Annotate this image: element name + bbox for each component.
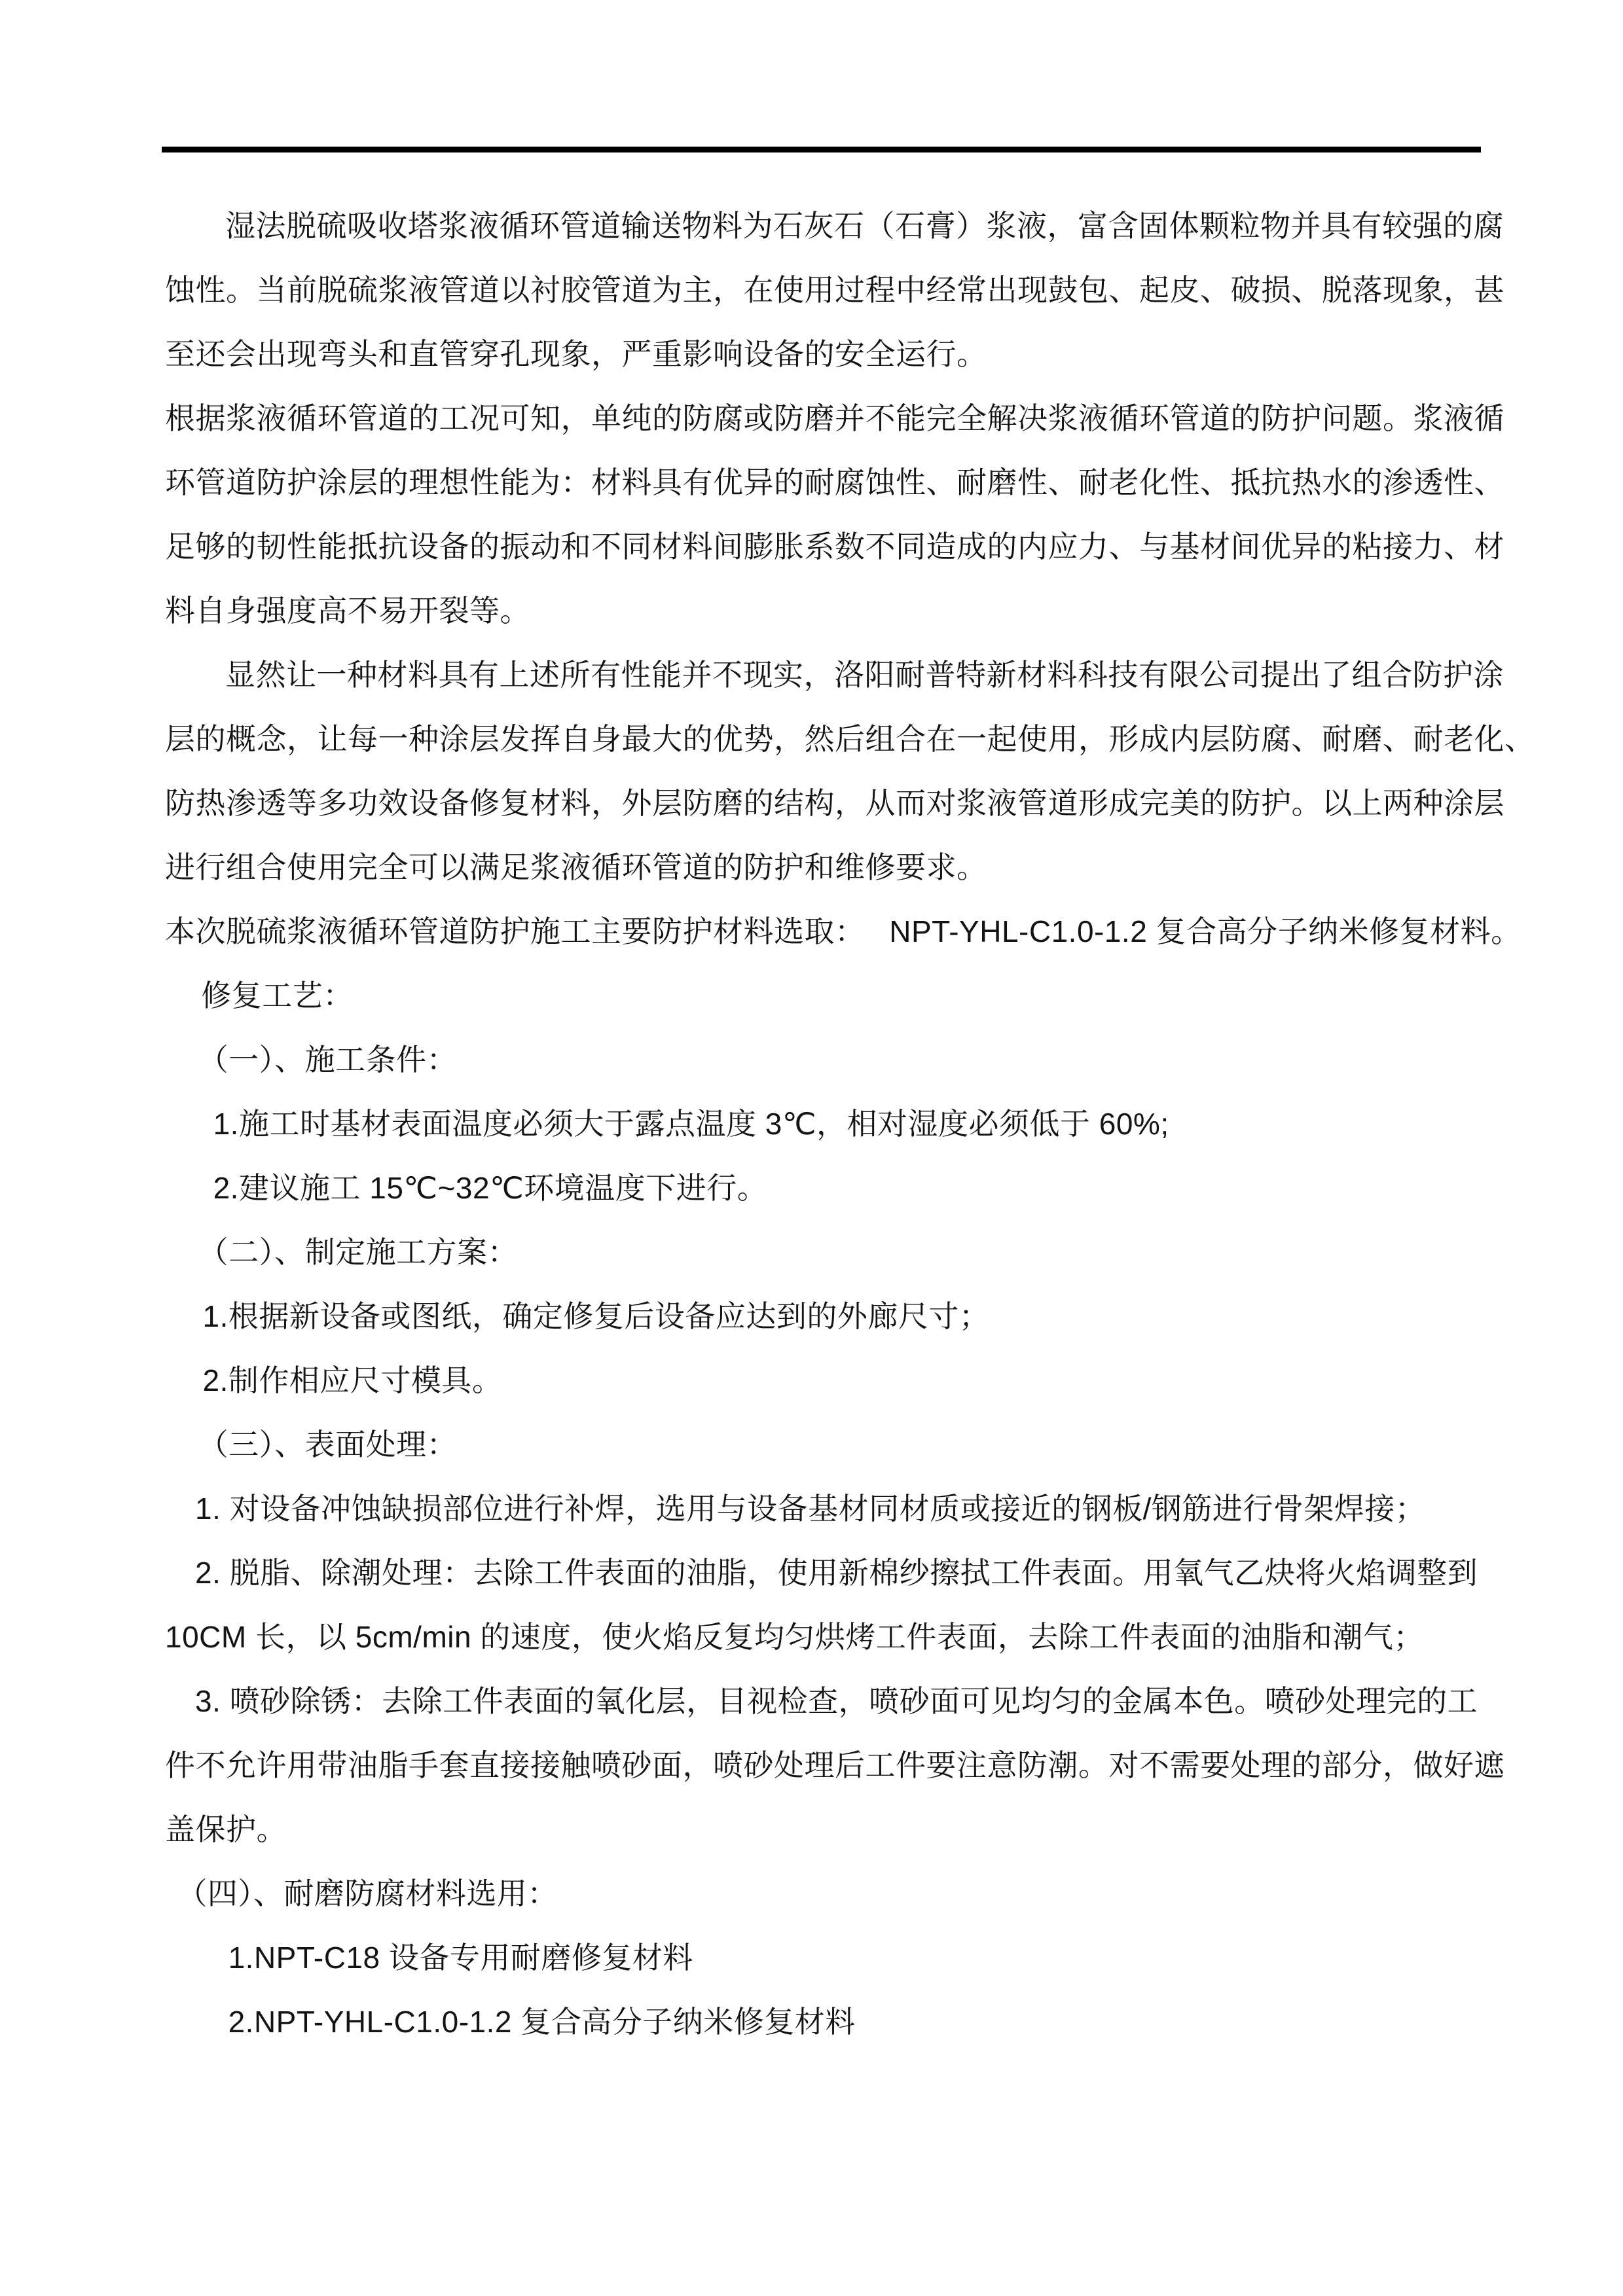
paragraph: 本次脱硫浆液循环管道防护施工主要防护材料选取： NPT-YHL-C1.0-1.2… <box>165 899 1494 963</box>
text-line: 显然让一种材料具有上述所有性能并不现实，洛阳耐普特新材料科技有限公司提出了组合防… <box>165 643 1494 707</box>
text-line: （三）、表面处理： <box>165 1412 1494 1477</box>
text-line: （四）、耐磨防腐材料选用： <box>165 1861 1494 1926</box>
text-line: 根据浆液循环管道的工况可知，单纯的防腐或防磨并不能完全解决浆液循环管道的防护问题… <box>165 386 1494 450</box>
paragraph: 显然让一种材料具有上述所有性能并不现实，洛阳耐普特新材料科技有限公司提出了组合防… <box>165 643 1494 899</box>
text-line: 1.施工时基材表面温度必须大于露点温度 3℃，相对湿度必须低于 60%; <box>165 1092 1494 1156</box>
text-line: 盖保护。 <box>165 1797 1494 1861</box>
header-rule <box>162 147 1481 152</box>
text-line: 1.根据新设备或图纸，确定修复后设备应达到的外廊尺寸； <box>165 1284 1494 1348</box>
text-line: 环管道防护涂层的理想性能为：材料具有优异的耐腐蚀性、耐磨性、耐老化性、抵抗热水的… <box>165 450 1494 514</box>
paragraph: 2.建议施工 15℃~32℃环境温度下进行。 <box>165 1156 1494 1220</box>
text-line: 湿法脱硫吸收塔浆液循环管道输送物料为石灰石（石膏）浆液，富含固体颗粒物并具有较强… <box>165 194 1494 258</box>
paragraph: 1. 对设备冲蚀缺损部位进行补焊，选用与设备基材同材质或接近的钢板/钢筋进行骨架… <box>165 1477 1494 1541</box>
document-page: 湿法脱硫吸收塔浆液循环管道输送物料为石灰石（石膏）浆液，富含固体颗粒物并具有较强… <box>0 0 1623 2296</box>
paragraph: （三）、表面处理： <box>165 1412 1494 1477</box>
text-line: 足够的韧性能抵抗设备的振动和不同材料间膨胀系数不同造成的内应力、与基材间优异的粘… <box>165 514 1494 579</box>
text-line: 修复工艺： <box>165 963 1494 1028</box>
text-line: （一）、施工条件： <box>165 1028 1494 1092</box>
paragraph: （四）、耐磨防腐材料选用： <box>165 1861 1494 1926</box>
text-line: （二）、制定施工方案： <box>165 1220 1494 1284</box>
paragraph: （一）、施工条件： <box>165 1028 1494 1092</box>
paragraph: 2.制作相应尺寸模具。 <box>165 1348 1494 1412</box>
paragraph: 2.NPT-YHL-C1.0-1.2 复合高分子纳米修复材料 <box>165 1990 1494 2054</box>
paragraph: 1.根据新设备或图纸，确定修复后设备应达到的外廊尺寸； <box>165 1284 1494 1348</box>
text-line: 件不允许用带油脂手套直接接触喷砂面，喷砂处理后工件要注意防潮。对不需要处理的部分… <box>165 1733 1494 1797</box>
text-line: 1. 对设备冲蚀缺损部位进行补焊，选用与设备基材同材质或接近的钢板/钢筋进行骨架… <box>165 1477 1494 1541</box>
text-line: 料自身强度高不易开裂等。 <box>165 579 1494 643</box>
paragraph: 2. 脱脂、除潮处理：去除工件表面的油脂，使用新棉纱擦拭工件表面。用氧气乙炔将火… <box>165 1541 1494 1669</box>
text-line: 防热渗透等多功效设备修复材料，外层防磨的结构，从而对浆液管道形成完美的防护。以上… <box>165 771 1494 835</box>
text-line: 层的概念，让每一种涂层发挥自身最大的优势，然后组合在一起使用，形成内层防腐、耐磨… <box>165 707 1494 771</box>
text-line: 10CM 长，以 5cm/min 的速度，使火焰反复均匀烘烤工件表面，去除工件表… <box>165 1605 1494 1669</box>
paragraph: （二）、制定施工方案： <box>165 1220 1494 1284</box>
text-line: 2. 脱脂、除潮处理：去除工件表面的油脂，使用新棉纱擦拭工件表面。用氧气乙炔将火… <box>165 1541 1494 1605</box>
text-line: 1.NPT-C18 设备专用耐磨修复材料 <box>165 1926 1494 1990</box>
text-line: 2.建议施工 15℃~32℃环境温度下进行。 <box>165 1156 1494 1220</box>
paragraph: 修复工艺： <box>165 963 1494 1028</box>
text-line: 3. 喷砂除锈：去除工件表面的氧化层，目视检查，喷砂面可见均匀的金属本色。喷砂处… <box>165 1669 1494 1733</box>
text-line: 蚀性。当前脱硫浆液管道以衬胶管道为主，在使用过程中经常出现鼓包、起皮、破损、脱落… <box>165 258 1494 322</box>
text-line: 本次脱硫浆液循环管道防护施工主要防护材料选取： NPT-YHL-C1.0-1.2… <box>165 899 1494 963</box>
paragraph: 1.施工时基材表面温度必须大于露点温度 3℃，相对湿度必须低于 60%; <box>165 1092 1494 1156</box>
text-line: 2.NPT-YHL-C1.0-1.2 复合高分子纳米修复材料 <box>165 1990 1494 2054</box>
paragraph: 湿法脱硫吸收塔浆液循环管道输送物料为石灰石（石膏）浆液，富含固体颗粒物并具有较强… <box>165 194 1494 386</box>
text-line: 进行组合使用完全可以满足浆液循环管道的防护和维修要求。 <box>165 835 1494 899</box>
document-body: 湿法脱硫吸收塔浆液循环管道输送物料为石灰石（石膏）浆液，富含固体颗粒物并具有较强… <box>165 194 1494 2054</box>
paragraph: 3. 喷砂除锈：去除工件表面的氧化层，目视检查，喷砂面可见均匀的金属本色。喷砂处… <box>165 1669 1494 1861</box>
text-line: 至还会出现弯头和直管穿孔现象，严重影响设备的安全运行。 <box>165 322 1494 386</box>
paragraph: 根据浆液循环管道的工况可知，单纯的防腐或防磨并不能完全解决浆液循环管道的防护问题… <box>165 386 1494 643</box>
paragraph: 1.NPT-C18 设备专用耐磨修复材料 <box>165 1926 1494 1990</box>
text-line: 2.制作相应尺寸模具。 <box>165 1348 1494 1412</box>
